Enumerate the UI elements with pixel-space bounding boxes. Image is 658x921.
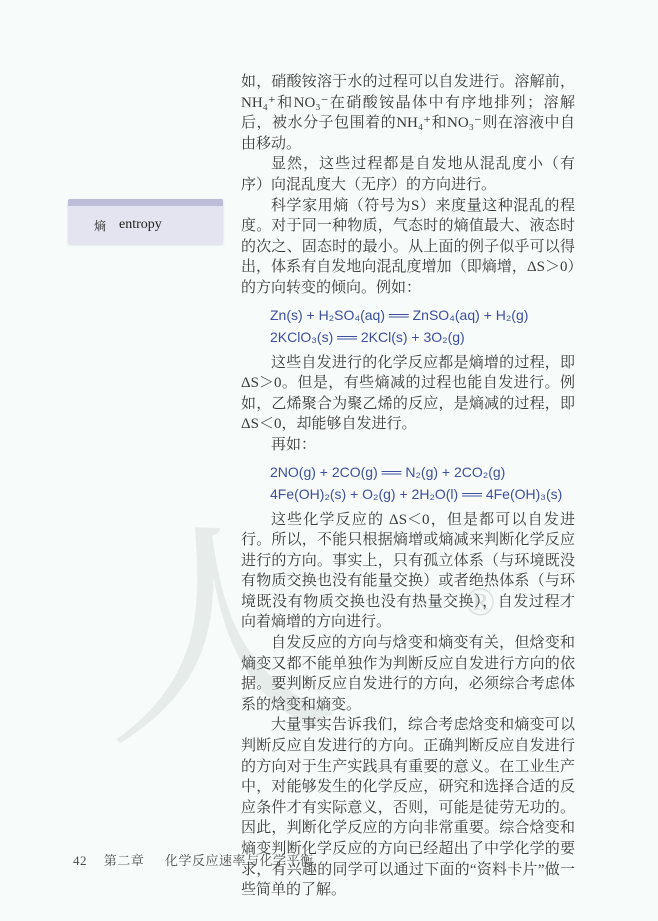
equation-block-entropy-decrease: 2NO(g) + 2CO(g) ══ N₂(g) + 2CO₂(g) 4Fe(O… [241, 461, 575, 505]
margin-note-body: 熵 entropy [68, 206, 223, 244]
textbook-page: 人 ® 熵 entropy 如，硝酸铵溶于水的过程可以自发进行。溶解前，NH₄⁺… [0, 0, 658, 921]
paragraph-ammonium-nitrate: 如，硝酸铵溶于水的过程可以自发进行。溶解前，NH₄⁺和NO₃⁻在硝酸铵晶体中有序… [241, 72, 575, 154]
paragraph-disorder-direction: 显然，这些过程都是自发地从混乱度小（有序）向混乱度大（无序）的方向进行。 [241, 154, 575, 195]
paragraph-isolated-system: 这些化学反应的 ΔS＜0，但是都可以自发进行。所以，不能只根据熵增或熵减来判断化… [241, 510, 575, 634]
chemical-equation-no-co: 2NO(g) + 2CO(g) ══ N₂(g) + 2CO₂(g) [270, 461, 575, 483]
chapter-title: 化学反应速率与化学平衡 [165, 853, 314, 868]
margin-note-term: 熵 [94, 217, 106, 234]
margin-note-entropy: 熵 entropy [68, 199, 223, 244]
paragraph-entropy-definition: 科学家用熵（符号为S）来度量这种混乱的程度。对于同一种物质，气态时的熵值最大、液… [241, 196, 575, 299]
paragraph-enthalpy-and-entropy: 自发反应的方向与焓变和熵变有关，但焓变和熵变又都不能单独作为判断反应自发进行方向… [241, 633, 575, 715]
equation-block-entropy-increase: Zn(s) + H₂SO₄(aq) ══ ZnSO₄(aq) + H₂(g) 2… [241, 304, 575, 348]
margin-note-translation: entropy [119, 217, 162, 233]
paragraph-practical-significance: 大量事实告诉我们，综合考虑焓变和熵变可以判断反应自发进行的方向。正确判断反应自发… [241, 715, 575, 900]
page-number: 42 [73, 853, 87, 868]
page-footer: 42 第二章 化学反应速率与化学平衡 [73, 850, 314, 869]
chemical-equation-zn-h2so4: Zn(s) + H₂SO₄(aq) ══ ZnSO₄(aq) + H₂(g) [270, 304, 575, 326]
chapter-label: 第二章 [104, 853, 145, 868]
body-text-column: 如，硝酸铵溶于水的过程可以自发进行。溶解前，NH₄⁺和NO₃⁻在硝酸铵晶体中有序… [241, 72, 575, 901]
paragraph-more-examples-lead: 再如： [241, 435, 575, 456]
chemical-equation-kclo3: 2KClO₃(s) ══ 2KCl(s) + 3O₂(g) [270, 326, 575, 348]
chemical-equation-feoh2: 4Fe(OH)₂(s) + O₂(g) + 2H₂O(l) ══ 4Fe(OH)… [270, 483, 575, 505]
margin-note-stripe [68, 199, 223, 206]
paragraph-entropy-decrease: 这些自发进行的化学反应都是熵增的过程，即 ΔS＞0。但是，有些熵减的过程也能自发… [241, 353, 575, 435]
